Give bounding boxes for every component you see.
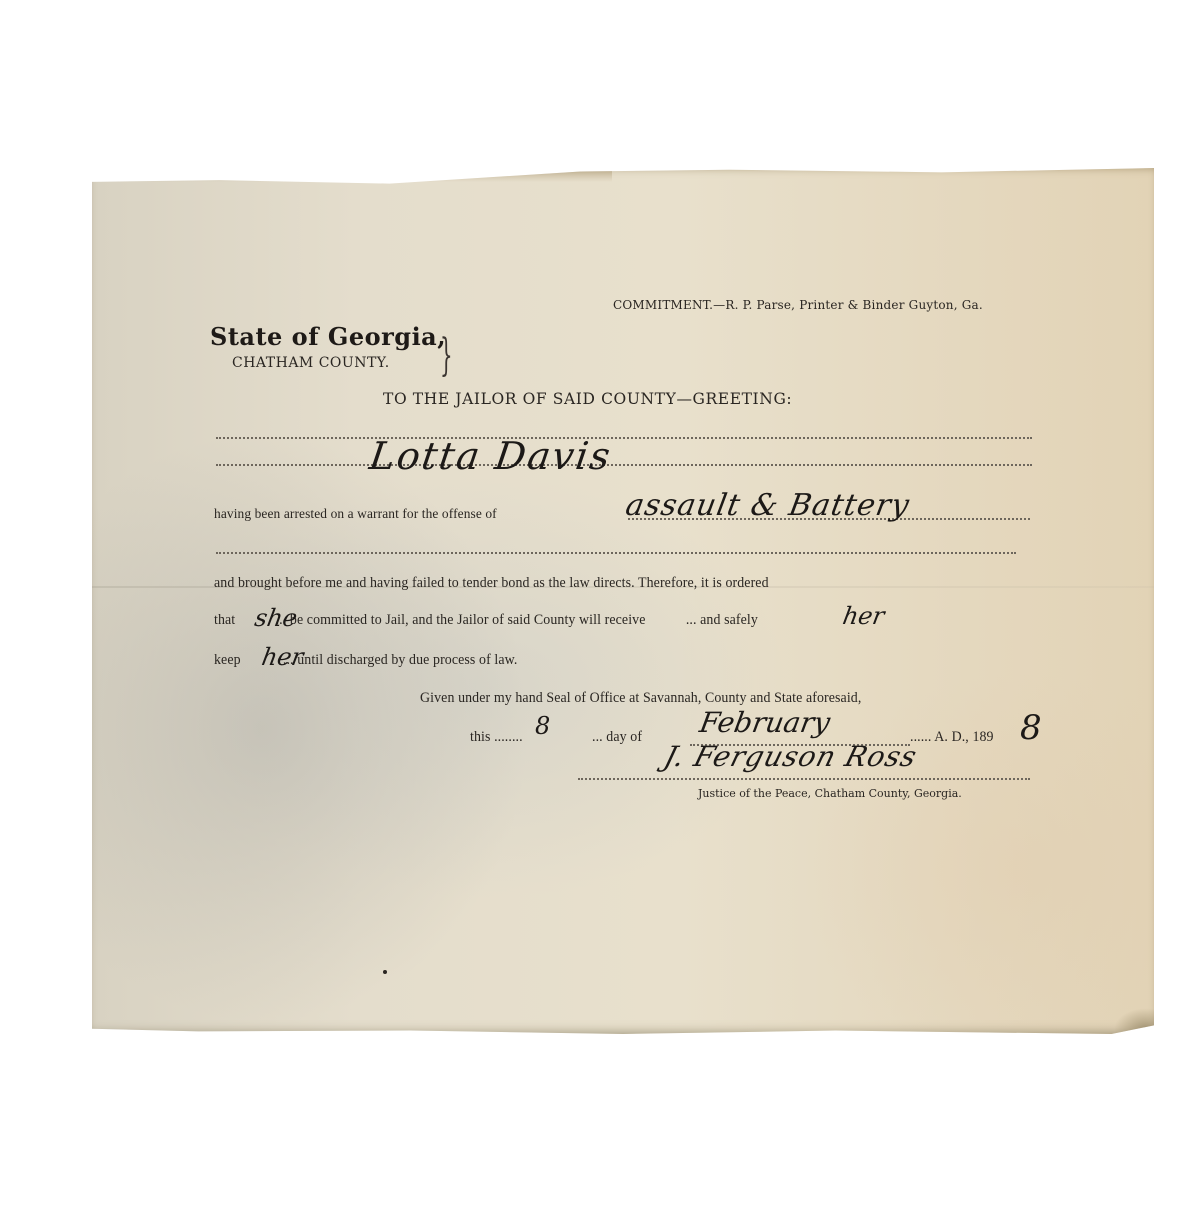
greeting-heading: TO THE JAILOR OF SAID COUNTY—GREETING:: [383, 390, 792, 408]
offense-label: having been arrested on a warrant for th…: [214, 507, 497, 523]
handwritten-pronoun-her-2: her: [260, 643, 306, 671]
name-line-1: [216, 437, 1032, 439]
committed-middle: ... be committed to Jail, and the Jailor…: [276, 612, 646, 628]
date-day-of: ... day of: [592, 729, 642, 746]
handwritten-name: Lotta Davis: [367, 434, 615, 478]
date-ad: ...... A. D., 189: [910, 729, 994, 746]
handwritten-offense: assault & Battery: [623, 488, 913, 523]
signature-title: Justice of the Peace, Chatham County, Ge…: [698, 787, 962, 800]
handwritten-year-digit: 8: [1020, 708, 1042, 748]
committed-that: that: [214, 612, 235, 628]
handwritten-month: February: [697, 706, 833, 739]
brace-glyph: }: [440, 330, 453, 381]
offense-line-2: [216, 552, 1016, 554]
paper-stain-corner: [1114, 1008, 1154, 1034]
brought-line: and brought before me and having failed …: [214, 575, 769, 592]
keep-word: keep: [214, 652, 241, 668]
county-heading: CHATHAM COUNTY.: [232, 355, 390, 371]
handwritten-day: 8: [535, 712, 550, 740]
signature-line: [578, 778, 1030, 780]
handwritten-pronoun-her-1: her: [841, 602, 887, 630]
state-heading: State of Georgia,: [210, 322, 446, 351]
handwritten-pronoun-she: she: [253, 604, 300, 632]
handwritten-signature: J. Ferguson Ross: [661, 740, 921, 773]
name-line-2: [216, 464, 1032, 466]
committed-end: ... and safely: [686, 612, 758, 628]
date-this: this ........: [470, 729, 523, 746]
printer-line: COMMITMENT.—R. P. Parse, Printer & Binde…: [613, 298, 983, 312]
ink-speck: [383, 970, 387, 974]
given-line: Given under my hand Seal of Office at Sa…: [420, 690, 861, 707]
keep-rest: ... until discharged by due process of l…: [283, 652, 518, 668]
paper-stain-top: [92, 168, 612, 182]
